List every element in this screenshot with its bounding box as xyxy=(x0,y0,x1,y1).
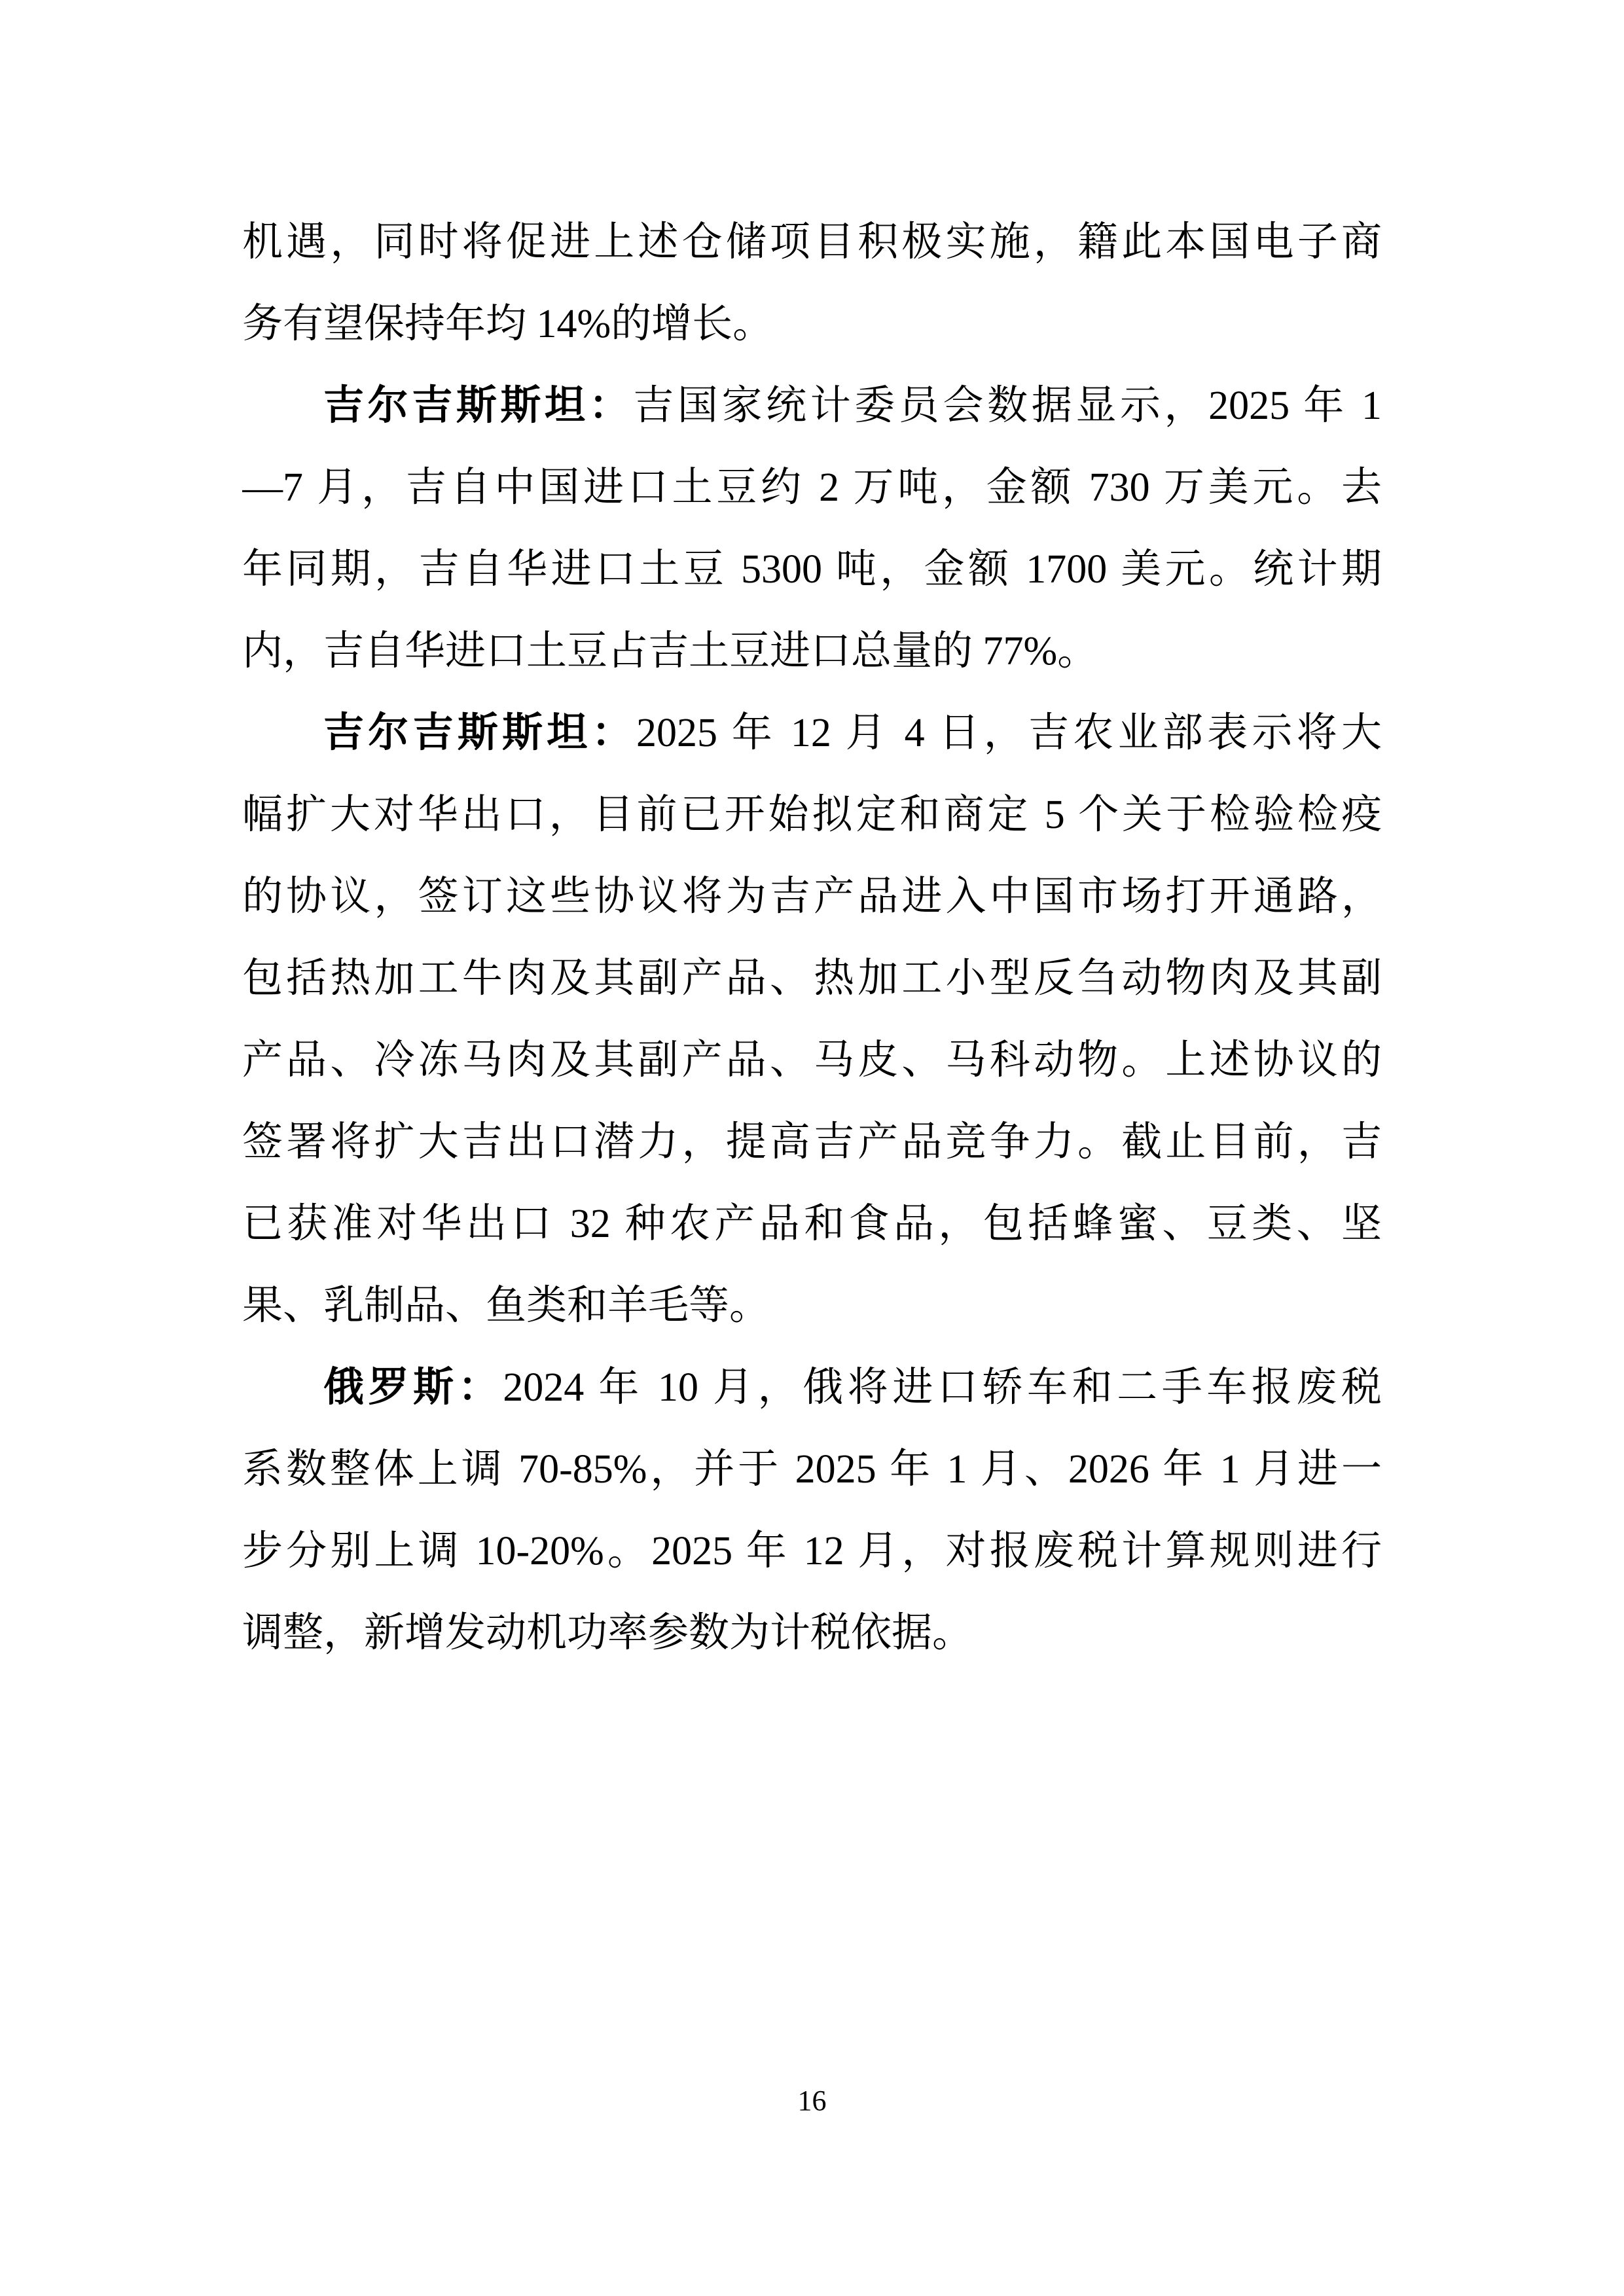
text-line: 步分别上调 10-20%。2025 年 12 月，对报废税计算规则进行 xyxy=(242,1511,1382,1592)
country-label: 吉尔吉斯斯坦： xyxy=(323,384,633,428)
text-run: 机遇，同时将促进上述仓储项目积极实施，籍此本国电子商 xyxy=(242,220,1382,264)
text-run: 吉国家统计委员会数据显示，2025 年 1 xyxy=(633,384,1382,428)
text-run: 调整，新增发动机功率参数为计税依据。 xyxy=(242,1611,973,1655)
text-run: 签署将扩大吉出口潜力，提高吉产品竞争力。截止目前，吉 xyxy=(242,1120,1382,1164)
text-run: 内，吉自华进口土豆占吉土豆进口总量的 77%。 xyxy=(242,629,1098,673)
text-line: 调整，新增发动机功率参数为计税依据。 xyxy=(242,1592,1382,1674)
text-run: 2024 年 10 月，俄将进口轿车和二手车报废税 xyxy=(503,1365,1382,1410)
text-run: 步分别上调 10-20%。2025 年 12 月，对报废税计算规则进行 xyxy=(242,1529,1382,1573)
text-run: 已获准对华出口 32 种农产品和食品，包括蜂蜜、豆类、坚 xyxy=(242,1202,1382,1246)
text-run: 务有望保持年均 14%的增长。 xyxy=(242,302,773,346)
text-run: 果、乳制品、鱼类和羊毛等。 xyxy=(242,1283,770,1328)
country-label: 俄罗斯： xyxy=(323,1365,503,1410)
text-line: 果、乳制品、鱼类和羊毛等。 xyxy=(242,1265,1382,1347)
country-label: 吉尔吉斯斯坦： xyxy=(323,711,636,755)
paragraph-p4: 俄罗斯：2024 年 10 月，俄将进口轿车和二手车报废税系数整体上调 70-8… xyxy=(242,1347,1382,1674)
text-line: 包括热加工牛肉及其副产品、热加工小型反刍动物肉及其副 xyxy=(242,938,1382,1020)
text-line: 幅扩大对华出口，目前已开始拟定和商定 5 个关于检验检疫 xyxy=(242,774,1382,856)
text-line: 产品、冷冻马肉及其副产品、马皮、马科动物。上述协议的 xyxy=(242,1020,1382,1102)
text-line: 务有望保持年均 14%的增长。 xyxy=(242,283,1382,365)
text-run: 系数整体上调 70-85%，并于 2025 年 1 月、2026 年 1 月进一 xyxy=(242,1447,1382,1492)
text-line: 签署将扩大吉出口潜力，提高吉产品竞争力。截止目前，吉 xyxy=(242,1102,1382,1183)
text-line: 内，吉自华进口土豆占吉土豆进口总量的 77%。 xyxy=(242,611,1382,692)
text-line: 已获准对华出口 32 种农产品和食品，包括蜂蜜、豆类、坚 xyxy=(242,1183,1382,1265)
page-number: 16 xyxy=(0,2081,1624,2121)
text-line: 的协议，签订这些协议将为吉产品进入中国市场打开通路， xyxy=(242,856,1382,938)
text-run: 包括热加工牛肉及其副产品、热加工小型反刍动物肉及其副 xyxy=(242,956,1382,1001)
text-block: 机遇，同时将促进上述仓储项目积极实施，籍此本国电子商务有望保持年均 14%的增长… xyxy=(242,202,1382,1674)
text-line: —7 月，吉自中国进口土豆约 2 万吨，金额 730 万美元。去 xyxy=(242,447,1382,529)
paragraph-p2: 吉尔吉斯斯坦：吉国家统计委员会数据显示，2025 年 1—7 月，吉自中国进口土… xyxy=(242,365,1382,692)
text-run: —7 月，吉自中国进口土豆约 2 万吨，金额 730 万美元。去 xyxy=(242,465,1382,510)
text-line: 机遇，同时将促进上述仓储项目积极实施，籍此本国电子商 xyxy=(242,202,1382,283)
text-run: 产品、冷冻马肉及其副产品、马皮、马科动物。上述协议的 xyxy=(242,1038,1382,1083)
text-run: 的协议，签订这些协议将为吉产品进入中国市场打开通路， xyxy=(242,874,1382,919)
text-line: 年同期，吉自华进口土豆 5300 吨，金额 1700 美元。统计期 xyxy=(242,529,1382,611)
text-run: 2025 年 12 月 4 日，吉农业部表示将大 xyxy=(636,711,1382,755)
text-run: 幅扩大对华出口，目前已开始拟定和商定 5 个关于检验检疫 xyxy=(242,793,1382,837)
text-line: 吉尔吉斯斯坦：2025 年 12 月 4 日，吉农业部表示将大 xyxy=(242,692,1382,774)
document-page: { "page": { "number": "16" }, "colors": … xyxy=(0,0,1624,2296)
paragraph-p3: 吉尔吉斯斯坦：2025 年 12 月 4 日，吉农业部表示将大幅扩大对华出口，目… xyxy=(242,692,1382,1347)
text-line: 俄罗斯：2024 年 10 月，俄将进口轿车和二手车报废税 xyxy=(242,1347,1382,1429)
text-line: 系数整体上调 70-85%，并于 2025 年 1 月、2026 年 1 月进一 xyxy=(242,1429,1382,1511)
paragraph-p1: 机遇，同时将促进上述仓储项目积极实施，籍此本国电子商务有望保持年均 14%的增长… xyxy=(242,202,1382,365)
text-line: 吉尔吉斯斯坦：吉国家统计委员会数据显示，2025 年 1 xyxy=(242,365,1382,447)
text-run: 年同期，吉自华进口土豆 5300 吨，金额 1700 美元。统计期 xyxy=(242,547,1382,592)
